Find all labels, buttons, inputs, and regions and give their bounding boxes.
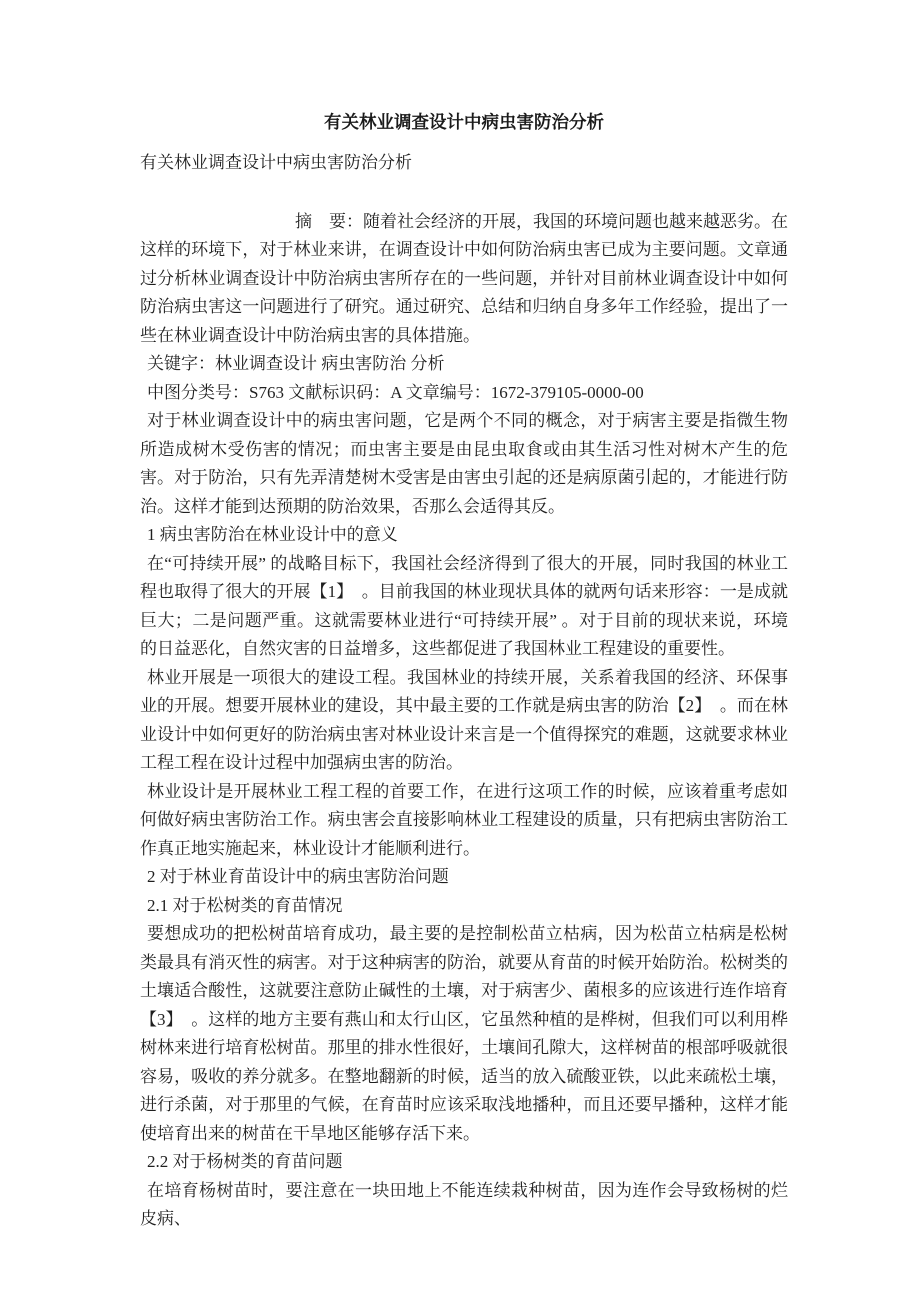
section-2-1-heading: 2.1 对于松树类的育苗情况	[140, 892, 788, 921]
document-subtitle: 有关林业调查设计中病虫害防治分析	[140, 149, 788, 178]
document-title: 有关林业调查设计中病虫害防治分析	[140, 112, 788, 132]
section-1-heading: 1 病虫害防治在林业设计中的意义	[140, 521, 788, 550]
section-1-paragraph-3: 林业设计是开展林业工程工程的首要工作，在进行这项工作的时候，应该着重考虑如何做好…	[140, 778, 788, 864]
document-page: 有关林业调查设计中病虫害防治分析 有关林业调查设计中病虫害防治分析 摘 要：随着…	[0, 0, 920, 1302]
section-2-heading: 2 对于林业育苗设计中的病虫害防治问题	[140, 863, 788, 892]
section-2-1-paragraph-1: 要想成功的把松树苗培育成功，最主要的是控制松苗立枯病，因为松苗立枯病是松树类最具…	[140, 920, 788, 1148]
classification-line: 中图分类号：S763 文献标识码：A 文章编号：1672-379105-0000…	[140, 379, 788, 408]
intro-paragraph: 对于林业调查设计中的病虫害问题，它是两个不同的概念，对于病害主要是指微生物所造成…	[140, 407, 788, 521]
keywords-line: 关键字：林业调查设计 病虫害防治 分析	[140, 350, 788, 379]
abstract-paragraph: 摘 要：随着社会经济的开展，我国的环境问题也越来越恶劣。在这样的环境下，对于林业…	[140, 208, 788, 351]
section-2-2-heading: 2.2 对于杨树类的育苗问题	[140, 1148, 788, 1177]
section-1-paragraph-2: 林业开展是一项很大的建设工程。我国林业的持续开展，关系着我国的经济、环保事业的开…	[140, 664, 788, 778]
section-1-paragraph-1: 在“可持续开展” 的战略目标下，我国社会经济得到了很大的开展，同时我国的林业工程…	[140, 550, 788, 664]
section-2-2-paragraph-1: 在培育杨树苗时，要注意在一块田地上不能连续栽种树苗，因为连作会导致杨树的烂皮病、	[140, 1177, 788, 1234]
